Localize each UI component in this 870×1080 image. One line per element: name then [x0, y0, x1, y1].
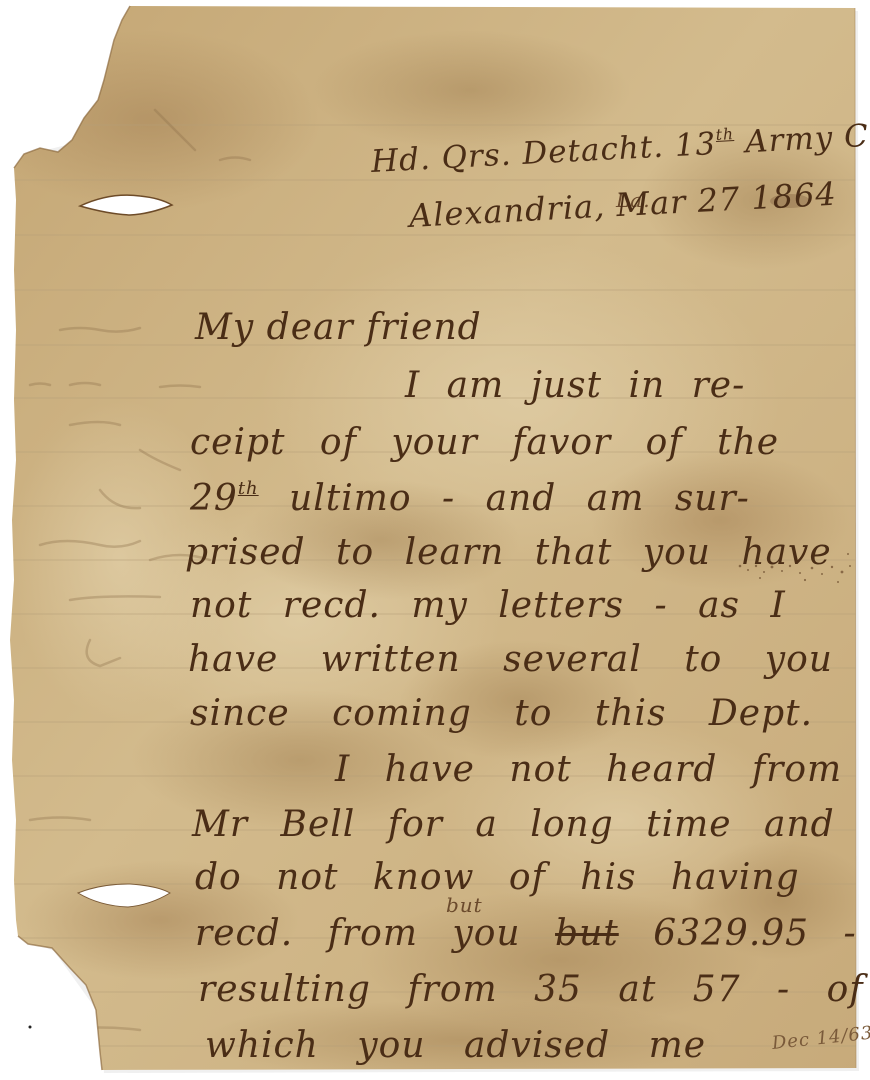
heading-ordinal-suffix: th	[715, 125, 734, 144]
body-line-6: have written several to you	[188, 642, 833, 678]
body-line-5: not recd. my letters - as I	[190, 588, 786, 624]
body-line-9: Mr Bell for a long time and	[192, 807, 835, 843]
date-ordinal-suffix: th	[238, 478, 259, 499]
body-line-12: resulting from 35 at 57 - of	[198, 972, 864, 1008]
body-line-13: which you advised me	[205, 1028, 706, 1064]
letter-salutation: My dear friend	[195, 310, 482, 346]
scanned-letter-page: Hd. Qrs. Detacht. 13th Army Corps La. Al…	[0, 0, 870, 1080]
body-line-8: I have not heard from	[335, 752, 842, 788]
body-line-3: 29th ultimo - and am sur-	[190, 480, 750, 517]
date-day-number: 29	[190, 478, 238, 519]
body-line-1: I am just in re-	[405, 368, 745, 404]
body-line-4: prised to learn that you have	[185, 535, 832, 571]
body-line-3-text: ultimo - and am sur-	[289, 478, 750, 519]
struck-word-but: but	[555, 913, 619, 954]
body-line-2: ceipt of your favor of the	[190, 425, 779, 461]
body-line-11-text: recd. from you	[195, 913, 521, 954]
interlinear-insert-but: but	[446, 895, 483, 915]
amount-value: 6329.95 -	[653, 913, 856, 954]
body-line-7: since coming to this Dept.	[190, 696, 813, 732]
body-line-11: recd. from you but 6329.95 -	[195, 916, 857, 952]
body-line-10: do not know of his having	[195, 860, 800, 896]
